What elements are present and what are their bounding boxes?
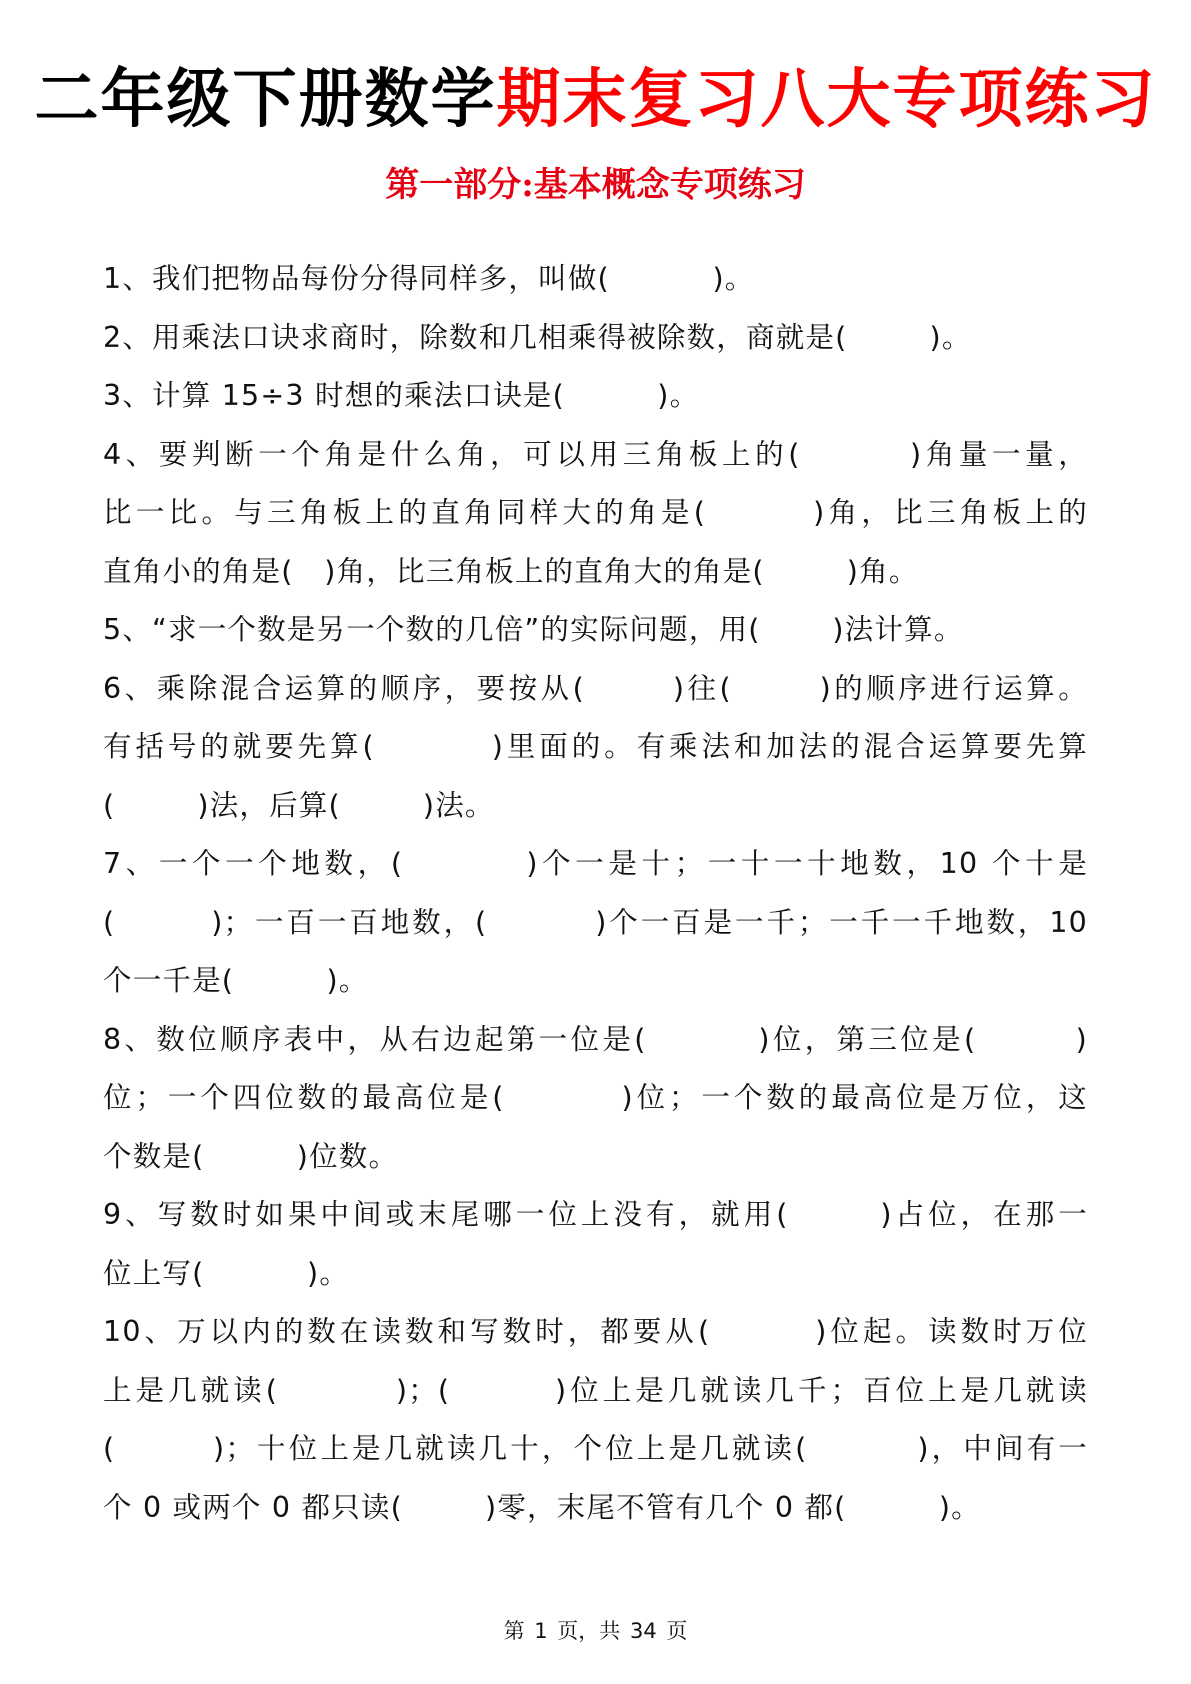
question-1-line-1: 1、我们把物品每份分得同样多，叫做( )。 [103, 250, 1088, 309]
question-3-line-1: 3、计算 15÷3 时想的乘法口诀是( )。 [103, 367, 1088, 426]
question-9-line-1: 9、写数时如果中间或末尾哪一位上没有，就用( )占位，在那一 [103, 1186, 1088, 1245]
question-5-line-1: 5、“求一个数是另一个数的几倍”的实际问题，用( )法计算。 [103, 601, 1088, 660]
question-10-line-1: 10、万以内的数在读数和写数时，都要从( )位起。读数时万位 [103, 1303, 1088, 1362]
question-4-line-2: 比一比。与三角板上的直角同样大的角是( )角，比三角板上的 [103, 484, 1088, 543]
question-8-line-2: 位；一个四位数的最高位是( )位；一个数的最高位是万位，这 [103, 1069, 1088, 1128]
title-black-part: 二年级下册数学 [35, 62, 497, 137]
question-7-line-2: ( )；一百一百地数，( )个一百是一千；一千一千地数，10 [103, 894, 1088, 953]
section-subtitle: 第一部分:基本概念专项练习 [0, 160, 1191, 210]
question-6-line-3: ( )法，后算( )法。 [103, 777, 1088, 836]
question-6-line-1: 6、乘除混合运算的顺序，要按从( )往( )的顺序进行运算。 [103, 660, 1088, 719]
question-7-line-1: 7、一个一个地数，( )个一是十；一十一十地数，10 个十是 [103, 835, 1088, 894]
title-red-part: 期末复习八大专项练习 [497, 62, 1157, 137]
question-8-line-3: 个数是( )位数。 [103, 1128, 1088, 1187]
question-4-line-3: 直角小的角是( )角，比三角板上的直角大的角是( )角。 [103, 543, 1088, 602]
question-4-line-1: 4、要判断一个角是什么角，可以用三角板上的( )角量一量， [103, 426, 1088, 485]
question-9-line-2: 位上写( )。 [103, 1245, 1088, 1304]
document-title: 二年级下册数学期末复习八大专项练习 [0, 60, 1191, 140]
page-indicator: 第 1 页，共 34 页 [0, 1615, 1191, 1645]
question-8-line-1: 8、数位顺序表中，从右边起第一位是( )位，第三位是( ) [103, 1011, 1088, 1070]
question-list: 1、我们把物品每份分得同样多，叫做( )。 2、用乘法口诀求商时，除数和几相乘得… [103, 250, 1088, 1537]
question-7-line-3: 个一千是( )。 [103, 952, 1088, 1011]
question-2-line-1: 2、用乘法口诀求商时，除数和几相乘得被除数，商就是( )。 [103, 309, 1088, 368]
question-10-line-4: 个 0 或两个 0 都只读( )零，末尾不管有几个 0 都( )。 [103, 1479, 1088, 1538]
question-10-line-2: 上是几就读( )；( )位上是几就读几千；百位上是几就读 [103, 1362, 1088, 1421]
question-6-line-2: 有括号的就要先算( )里面的。有乘法和加法的混合运算要先算 [103, 718, 1088, 777]
question-10-line-3: ( )；十位上是几就读几十，个位上是几就读( )，中间有一 [103, 1420, 1088, 1479]
